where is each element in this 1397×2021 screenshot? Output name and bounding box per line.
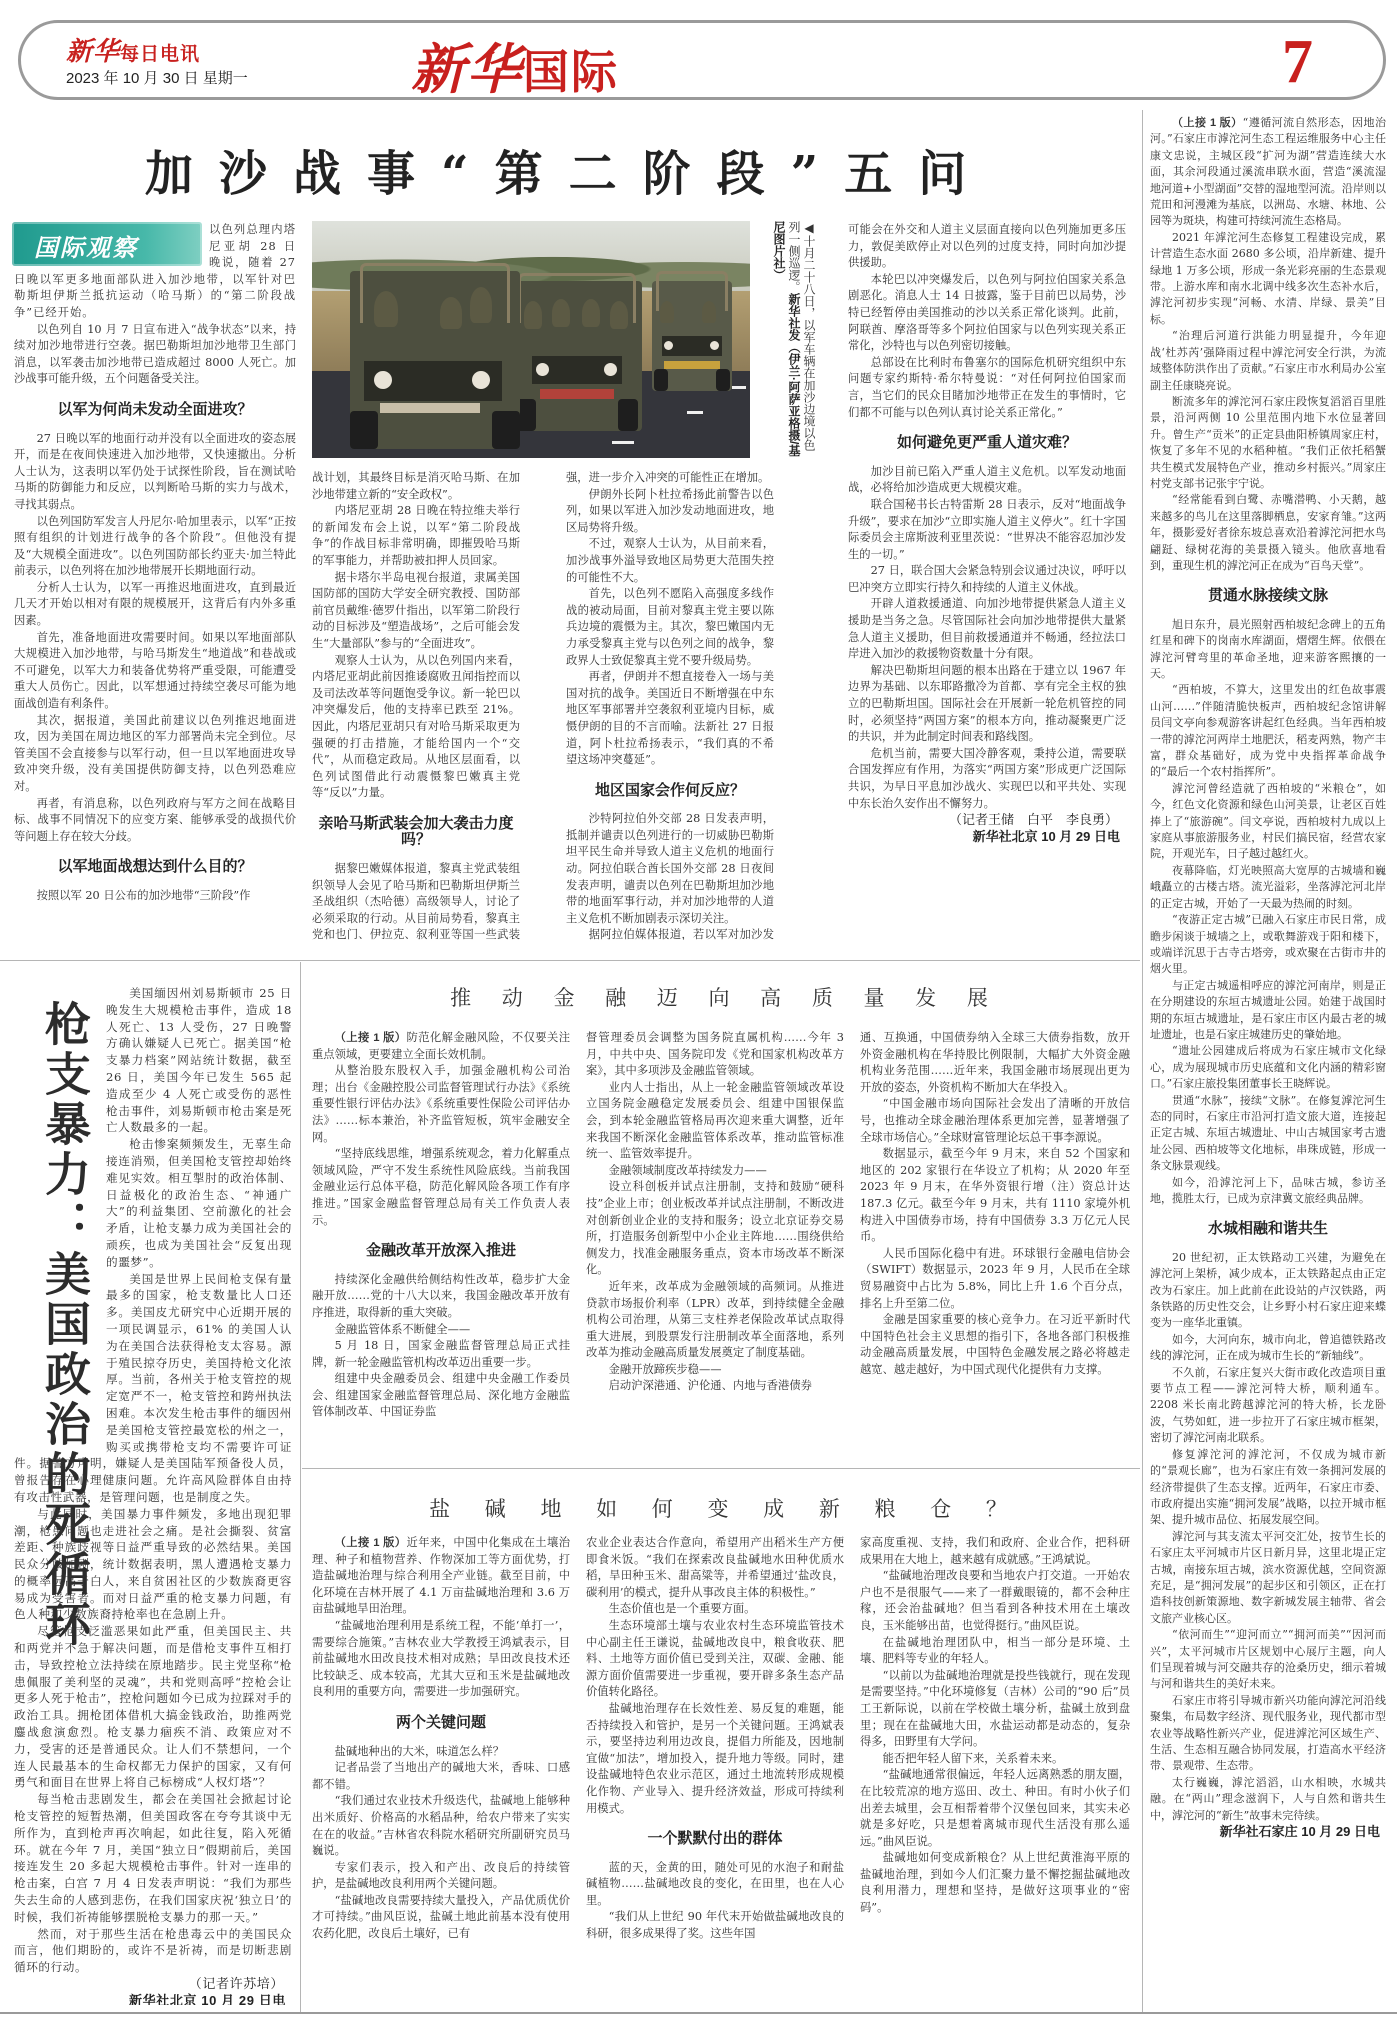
paragraph: 伊朗外长阿卜杜拉希扬此前警告以色列，如果以军进入加沙发动地面进攻，地区局势将升级…: [566, 487, 774, 537]
paragraph: 通、互换通，中国债券纳入全球三大债券指数，放开外资金融机构在华持股比例限制，大幅…: [860, 1030, 1130, 1096]
paragraph: 27 日晚以军的地面行动并没有以全面进攻的姿态展开，而是在夜间快速进入加沙地带，…: [14, 431, 296, 514]
byline: （记者王储 白平 李良勇）: [848, 812, 1126, 829]
paragraph: 能否把年轻人留下来，关系着未来。: [860, 1751, 1130, 1768]
paragraph: 断流多年的滹沱河石家庄段恢复滔滔百里胜景，沿河两侧 10 公里范围内地下水位显著…: [1150, 394, 1386, 492]
saline-land-headline[interactable]: 盐 碱 地 如 何 变 成 新 粮 仓 ？: [320, 1493, 1130, 1523]
paragraph: 分析人士认为，以军一再推迟地面进攻，直到最近几天才开始以相对有限的规模展开，这背…: [14, 580, 296, 630]
paragraph: 按照以军 20 日公布的加沙地带“三阶段”作: [14, 888, 296, 905]
column-divider: [300, 962, 301, 2012]
paragraph: 如今，大河向东，城市向北，曾追德铁路改线的滹沱河，正在成为城市生长的“新轴线”。: [1150, 1332, 1386, 1365]
paragraph: 本轮巴以冲突爆发后，以色列与阿拉伯国家关系急剧恶化。消息人士 14 日披露，鉴于…: [848, 272, 1126, 355]
paragraph: 以色列自 10 月 7 日宣布进入“战争状态”以来，持续对加沙地带进行空袭。据巴…: [14, 322, 296, 388]
paragraph: 金融监管体系不断健全——: [312, 1322, 570, 1339]
paragraph: 再者，有消息称，以色列政府与军方之间在战略目标、战事不同情况下的应变方案、能够承…: [14, 796, 296, 846]
paragraph: “经常能看到白鹭、赤嘴潜鸭、小天鹅，越来越多的鸟儿在这里落脚栖息，安家育雏。”这…: [1150, 492, 1386, 574]
headline-spacer: [14, 985, 106, 1445]
paragraph: “坚持底线思维，增强系统观念，着力化解重点领域风险，严守不发生系统性风险底线。当…: [312, 1146, 570, 1229]
paragraph: 据黎巴嫩媒体报道，黎真主党武装组织领导人会见了哈马斯和巴勒斯坦伊斯兰圣战组织（杰…: [312, 861, 520, 940]
paragraph: 首先，以色列不愿陷入高强度多线作战的被动局面，目前对黎真主党主要以陈兵边境的震慑…: [566, 586, 774, 669]
lane-marking: [687, 411, 703, 414]
paragraph: “西柏坡，不算大，这里发出的红色故事震山河……”伴随清脆快板声，西柏坡纪念馆讲解…: [1150, 682, 1386, 780]
lane-marking: [732, 386, 746, 389]
column-divider: [1142, 110, 1143, 2012]
paragraph: 危机当前，需要大国冷静客观，秉持公道，需要联合国发挥应有作用，为落实“两国方案”…: [848, 746, 1126, 812]
paragraph: 以色列国防军发言人丹尼尔·哈加里表示，以军“正按照有组织的计划进行战争的各个阶段…: [14, 514, 296, 580]
paragraph: 修复滹沱河的滹沱河，不仅成为城市新的“景观长廊”，也为石家庄有效一条拥河发展的经…: [1150, 1447, 1386, 1529]
paragraph: 设立科创板并试点注册制，支持和鼓励“硬科技”企业上市；创业板改革并试点注册制，不…: [586, 1179, 844, 1279]
paragraph: 生态环境部土壤与农业农村生态环境监管技术中心副主任王谦说，盐碱地改良中，粮食收获…: [586, 1618, 844, 1701]
paragraph: 20 世纪初，正太铁路动工兴建，为避免在滹沱河上架桥，减少成本，正太铁路起点由正…: [1150, 1250, 1386, 1332]
paragraph: “中国金融市场向国际社会发出了清晰的开放信号，也推动全球金融治理体系更加完善，显…: [860, 1096, 1130, 1146]
paragraph: 5 月 18 日，国家金融监督管理总局正式挂牌，新一轮金融监管机构改革迈出重要一…: [312, 1338, 570, 1371]
paragraph: 据卡塔尔半岛电视台报道，隶属美国国防部的国防大学安全研究教授、国防部前官员戴维·…: [312, 570, 520, 653]
paragraph: 再者，伊朗并不想直接卷入一场与美国对抗的战争。美国近日不断增强在中东地区军事部署…: [566, 669, 774, 769]
news-photo-military-vehicles[interactable]: [312, 221, 750, 458]
paragraph: 战计划，其最终目标是消灭哈马斯、在加沙地带建立新的“安全政权”。: [312, 470, 520, 503]
paragraph: “我们从上世纪 90 年代末开始做盐碱地改良的科研，很多成果得了奖。这些年国: [586, 1909, 844, 1942]
paper-logo-text: 每日电讯: [120, 43, 200, 65]
dateline: 新华社北京 10 月 29 日电: [14, 1993, 292, 2005]
paragraph: 夜幕降临，灯光映照高大宽厚的古城墙和巍峨矗立的古楼古塔。流光溢彩，坐落滹沱河北岸…: [1150, 863, 1386, 912]
saline-column-3: 家高度重视、支持，我们和政府、企业合作，把科研成果用在大地上，越来越有成就感。”…: [860, 1535, 1130, 2005]
paragraph: 贯通“水脉”，接续“文脉”。在修复滹沱河生态的同时，石家庄市沿河打造文旅大道，连…: [1150, 1093, 1386, 1175]
subheading: 水城相融和谐共生: [1150, 1221, 1386, 1237]
paragraph: 然而，对于那些生活在枪患毒云中的美国民众而言，他们期盼的，或许不是祈祷，而是切断…: [14, 1926, 292, 1976]
paper-logo: 新华每日电讯: [66, 31, 200, 68]
finance-headline[interactable]: 推 动 金 融 迈 向 高 质 量 发 展: [320, 982, 1130, 1012]
dateline: 新华社北京 10 月 29 日电: [848, 829, 1126, 846]
paragraph: 在盐碱地治理团队中，相当一部分是环境、土壤、肥料等专业的年轻人。: [860, 1635, 1130, 1668]
paragraph: “盐碱地治理改良要和当地农户打交道。一开始农户也不是很服气——来了一群戴眼镜的，…: [860, 1568, 1130, 1634]
paragraph: 沙特阿拉伯外交部 28 日发表声明，抵制并谴责以色列进行的一切威胁巴勒斯坦平民生…: [566, 811, 774, 927]
paragraph: 数据显示，截至今年 9 月末，来自 52 个国家和地区的 202 家银行在华设立…: [860, 1146, 1130, 1246]
paragraph: 盐碱地种出的大米，味道怎么样？: [312, 1744, 570, 1761]
paragraph: 尽管枪支泛滥恶果如此严重，但美国民主、共和两党并不急于解决问题，而是借枪支事件互…: [14, 1623, 292, 1791]
paragraph: “我们通过农业技术升级迭代，盐碱地上能够种出米质好、价格高的水稻品种，给农户带来…: [312, 1793, 570, 1859]
paragraph: “盐碱地通常很偏远，年轻人远离熟悉的朋友圈，在比较荒凉的地方巡田、改土、种田。有…: [860, 1767, 1130, 1850]
paragraph: 2021 年滹沱河生态修复工程建设完成，累计营造生态水面 2680 多公顷，沿岸…: [1150, 230, 1386, 328]
finance-column-3: 通、互换通，中国债券纳入全球三大债券指数，放开外资金融机构在华持股比例限制，大幅…: [860, 1030, 1130, 1460]
issue-date: 2023 年 10 月 30 日 星期一: [66, 67, 248, 88]
subheading: 以军为何尚未发动全面进攻？: [14, 402, 296, 419]
paper-logo-calligraphy: 新华: [66, 37, 120, 67]
section-title-calligraphy: 新华: [411, 37, 523, 101]
subheading: 金融改革开放深入推进: [312, 1243, 570, 1260]
paragraph: 首先，准备地面进攻需要时间。如果以军地面部队大规模进入加沙地带，与哈马斯发生“地…: [14, 630, 296, 713]
finance-column-1: （上接 1 版）防范化解金融风险，不仅要关注重点领域，更要建立全面长效机制。 从…: [312, 1030, 570, 1460]
hutuo-river-article: （上接 1 版）“遵循河流自然形态，因地治河。”石家庄市滹沱河生态工程运维服务中…: [1150, 115, 1386, 2010]
paragraph: 从整治股东股权入手，加强金融机构公司治理；出台《金融控股公司监督管理试行办法》《…: [312, 1063, 570, 1146]
paragraph: “依河而生”“迎河而立”“拥河而美”“因河而兴”，太平河城市片区规划中心展厅主题…: [1150, 1627, 1386, 1693]
masthead: 新华每日电讯 2023 年 10 月 30 日 星期一 新华国际 7: [18, 20, 1386, 100]
paragraph: 业内人士指出，从上一轮金融监管领域改革设立国务院金融稳定发展委员会、组建中国银保…: [586, 1080, 844, 1163]
paragraph: 旭日东升，晨光照射西柏坡纪念碑上的五角红星和碑下的岗南水库湖面，熠熠生辉。依偎在…: [1150, 617, 1386, 683]
paragraph: 人民币国际化稳中有进。环球银行金融电信协会（SWIFT）数据显示，2023 年 …: [860, 1246, 1130, 1312]
lead-text: “遵循河流自然形态，因地治河。”石家庄市滹沱河生态工程运维服务中心主任康文忠说，…: [1150, 116, 1386, 227]
paragraph: 盐碱地如何变成新粮仓？从上世纪黄淮海平原的盐碱地治理，到如今人们汇聚力量不懈挖掘…: [860, 1850, 1130, 1916]
badge-spacer: [14, 222, 209, 270]
section-title-text: 国际: [523, 45, 619, 99]
paragraph: 专家们表示，投入和产出、改良后的持续管护，是盐碱地改良利用两个关键问题。: [312, 1860, 570, 1893]
paragraph: 与此同时，美国暴力事件频发，多地出现犯罪潮，枪患问题也走进社会之痛。是社会撕裂、…: [14, 1506, 292, 1624]
gun-violence-article: 美国缅因州刘易斯顿市 25 日晚发生大规模枪击事件，造成 18 人死亡、13 人…: [14, 985, 292, 2005]
subheading: 贯通水脉接续文脉: [1150, 588, 1386, 604]
dateline: 新华社石家庄 10 月 29 日电: [1150, 1824, 1386, 1840]
paragraph: 开辟人道救援通道、向加沙地带提供紧急人道主义援助是当务之急。尽管国际社会向加沙地…: [848, 596, 1126, 662]
paragraph: 每当枪击悲剧发生，都会在美国社会掀起讨论枪支管控的短暂热潮，但美国政客在夸夸其谈…: [14, 1791, 292, 1925]
page-bottom-rule: [0, 2012, 1397, 2014]
paragraph: “夜游正定古城”已融入石家庄市民日常，成瞻步闲谈于城墙之上，或歌舞游戏于阳和楼下…: [1150, 912, 1386, 978]
subheading: 如何避免更严重人道灾难？: [848, 435, 1126, 452]
paragraph: “盐碱地治理利用是系统工程，不能‘单打一’，需要综合施策。”吉林农业大学教授王鸿…: [312, 1618, 570, 1701]
subheading: 地区国家会作何反应？: [566, 783, 774, 800]
vehicle-front: [350, 271, 520, 449]
paragraph: 盐碱地治理存在长效性差、易反复的难题，能否持续投入和管护，是另一个关键问题。王鸿…: [586, 1701, 844, 1817]
continued-label: （上接 1 版）: [335, 1032, 407, 1044]
paragraph: 督管理委员会调整为国务院直属机构……今年 3 月，中共中央、国务院印发《党和国家…: [586, 1030, 844, 1080]
gaza-column-1: 以色列总理内塔尼亚胡 28 日晚说，随着 27 日晚以军更多地面部队进入加沙地带…: [14, 222, 296, 940]
paragraph: 解决巴勒斯坦问题的根本出路在于建立以 1967 年边界为基础、以东耶路撒冷为首都…: [848, 663, 1126, 746]
paragraph: 石家庄市将引导城市新兴功能向滹沱河沿线聚集，布局数字经济、现代服务业，现代都市型…: [1150, 1693, 1386, 1775]
paragraph: “治理后河道行洪能力明显提升，今年迎战‘杜苏芮’强降雨过程中滹沱河安全行洪，为流…: [1150, 328, 1386, 394]
paragraph: 金融开放蹄疾步稳——: [586, 1362, 844, 1379]
page-number: 7: [1282, 27, 1313, 98]
paragraph: 强，进一步介入冲突的可能性正在增加。: [566, 470, 774, 487]
byline: （记者许苏培）: [14, 1976, 292, 1993]
paragraph: 内塔尼亚胡 28 日晚在特拉维夫举行的新闻发布会上说，以军“第二阶段战争”的作战…: [312, 503, 520, 569]
paragraph: 太行巍巍，滹沱滔滔，山水相映，水城共融。在“两山”理念滋润下，人与自然和谐共生中…: [1150, 1775, 1386, 1824]
paragraph: 据阿拉伯媒体报道，若以军对加沙发动全面地面战，沙特、埃及、土耳其等地区国家: [566, 927, 774, 940]
saline-column-2: 农业企业表达合作意向，希望用产出稻米生产方便即食米饭。“我们在探索改良盐碱地水田…: [586, 1535, 844, 2005]
section-title: 新华国际: [411, 27, 619, 104]
section-divider: [0, 960, 1140, 961]
photo-caption: ◀十月二十八日，以军车辆在加沙边境以色列一侧巡逻。新华社发（伊兰·阿萨亚格摄/基…: [770, 221, 816, 458]
paragraph: 联合国秘书长古特雷斯 28 日表示，反对“地面战争升级”，要求在加沙“立即实施人…: [848, 497, 1126, 563]
paragraph: 观察人士认为，从以色列国内来看，内塔尼亚胡此前因推诿腐败丑闻指控而以及司法改革等…: [312, 653, 520, 802]
paragraph: 27 日，联合国大会紧急特别会议通过决议，呼吁以巴冲突方立即实行持久和持续的人道…: [848, 563, 1126, 596]
saline-column-1: （上接 1 版）近年来，中国中化集成在土壤治理、种子和植物营养、作物深加工等方面…: [312, 1535, 570, 2005]
paragraph: “以前以为盐碱地治理就是投些钱就行，现在发现是需要坚持。”中化环境修复（吉林）公…: [860, 1668, 1130, 1751]
gaza-headline[interactable]: 加沙战事“第二阶段”五问: [145, 135, 992, 204]
paragraph: 与正定古城遥相呼应的滹沱河南岸，则是正在分期建设的东垣古城遗址公园。始建于战国时…: [1150, 978, 1386, 1044]
paragraph: 蓝的天，金黄的田，随处可见的水泡子和耐盐碱植物……盐碱地改良的变化，在田里，也在…: [586, 1860, 844, 1910]
continued-label: （上接 1 版）: [1172, 117, 1243, 129]
paragraph: 家高度重视、支持，我们和政府、企业合作，把科研成果用在大地上，越来越有成就感。”…: [860, 1535, 1130, 1568]
paragraph: 生态价值也是一个重要方面。: [586, 1601, 844, 1618]
finance-column-2: 督管理委员会调整为国务院直属机构……今年 3 月，中共中央、国务院印发《党和国家…: [586, 1030, 844, 1460]
subheading: 以军地面战想达到什么目的？: [14, 859, 296, 876]
paragraph: 持续深化金融供给侧结构性改革，稳步扩大金融开放……党的十八大以来，我国金融改革开…: [312, 1272, 570, 1322]
paragraph: 加沙目前已陷入严重人道主义危机。以军发动地面战，必将给加沙造成更大规模灾难。: [848, 464, 1126, 497]
section-divider: [302, 1468, 1140, 1469]
paragraph: 金融领域制度改革持续发力——: [586, 1163, 844, 1180]
subheading: 两个关键问题: [312, 1715, 570, 1732]
paragraph: 记者品尝了当地出产的碱地大米，香味、口感都不错。: [312, 1760, 570, 1793]
paragraph: 滹沱河曾经造就了西柏坡的“米粮仓”，如今，红色文化资源和绿色山河美景，让老区百姓…: [1150, 781, 1386, 863]
paragraph: “遗址公园建成后将成为石家庄城市文化绿心，成为展现城市历史底蕴和文化内涵的精彩窗…: [1150, 1043, 1386, 1092]
subheading: 亲哈马斯武装会加大袭击力度吗？: [312, 816, 520, 849]
paragraph: “盐碱地改良需要持续大量投入，产品优质优价才可持续。”曲风臣说，盐碱土地此前基本…: [312, 1893, 570, 1943]
paragraph: 近年来，改革成为金融领域的高频词。从推进贷款市场报价利率（LPR）改革，到持续健…: [586, 1279, 844, 1362]
paragraph: 可能会在外交和人道主义层面直接向以色列施加更多压力，敦促美欧停止对以色列的过度支…: [848, 222, 1126, 272]
vehicle-rear: [652, 281, 732, 391]
paragraph: 不久前，石家庄复兴大街市政化改造项目重要节点工程——滹沱河特大桥，顺利通车。22…: [1150, 1365, 1386, 1447]
subheading: 一个默默付出的群体: [586, 1831, 844, 1848]
paragraph: 组建中央金融委员会、组建中央金融工作委员会、组建国家金融监督管理总局、深化地方金…: [312, 1371, 570, 1421]
paragraph: 如今，沿滹沱河上下，品味古城，参访圣地，揽胜太行，已成为京津冀文旅经典品牌。: [1150, 1175, 1386, 1208]
continued-label: （上接 1 版）: [335, 1537, 407, 1549]
paragraph: 金融是国家重要的核心竞争力。在习近平新时代中国特色社会主义思想的指引下，各地各部…: [860, 1312, 1130, 1378]
gaza-column-2: 战计划，其最终目标是消灭哈马斯、在加沙地带建立新的“安全政权”。 内塔尼亚胡 2…: [312, 470, 520, 940]
gaza-column-4: 可能会在外交和人道主义层面直接向以色列施加更多压力，敦促美欧停止对以色列的过度支…: [848, 222, 1126, 940]
gaza-column-3: 强，进一步介入冲突的可能性正在增加。 伊朗外长阿卜杜拉希扬此前警告以色列，如果以…: [566, 470, 774, 940]
vehicle-middle: [512, 281, 642, 431]
paragraph: 农业企业表达合作意向，希望用产出稻米生产方便即食米饭。“我们在探索改良盐碱地水田…: [586, 1535, 844, 1601]
paragraph: 其次，据报道，美国此前建议以色列推迟地面进攻，因为美国在周边地区的军力部署尚未完…: [14, 713, 296, 796]
paragraph: 滹沱河与其支流太平河交汇处，按节生长的石家庄太平河城市片区日新月异，这里北堤正定…: [1150, 1529, 1386, 1627]
paragraph: 启动沪深港通、沪伦通、内地与香港债券: [586, 1378, 844, 1395]
lane-marking: [612, 441, 634, 444]
paragraph: 不过，观察人士认为，从目前来看，加沙战事外溢导致地区局势更大范围失控的可能性不大…: [566, 536, 774, 586]
paragraph: 总部设在比利时布鲁塞尔的国际危机研究组织中东问题专家约斯特·希尔特曼说：“对任何…: [848, 355, 1126, 421]
